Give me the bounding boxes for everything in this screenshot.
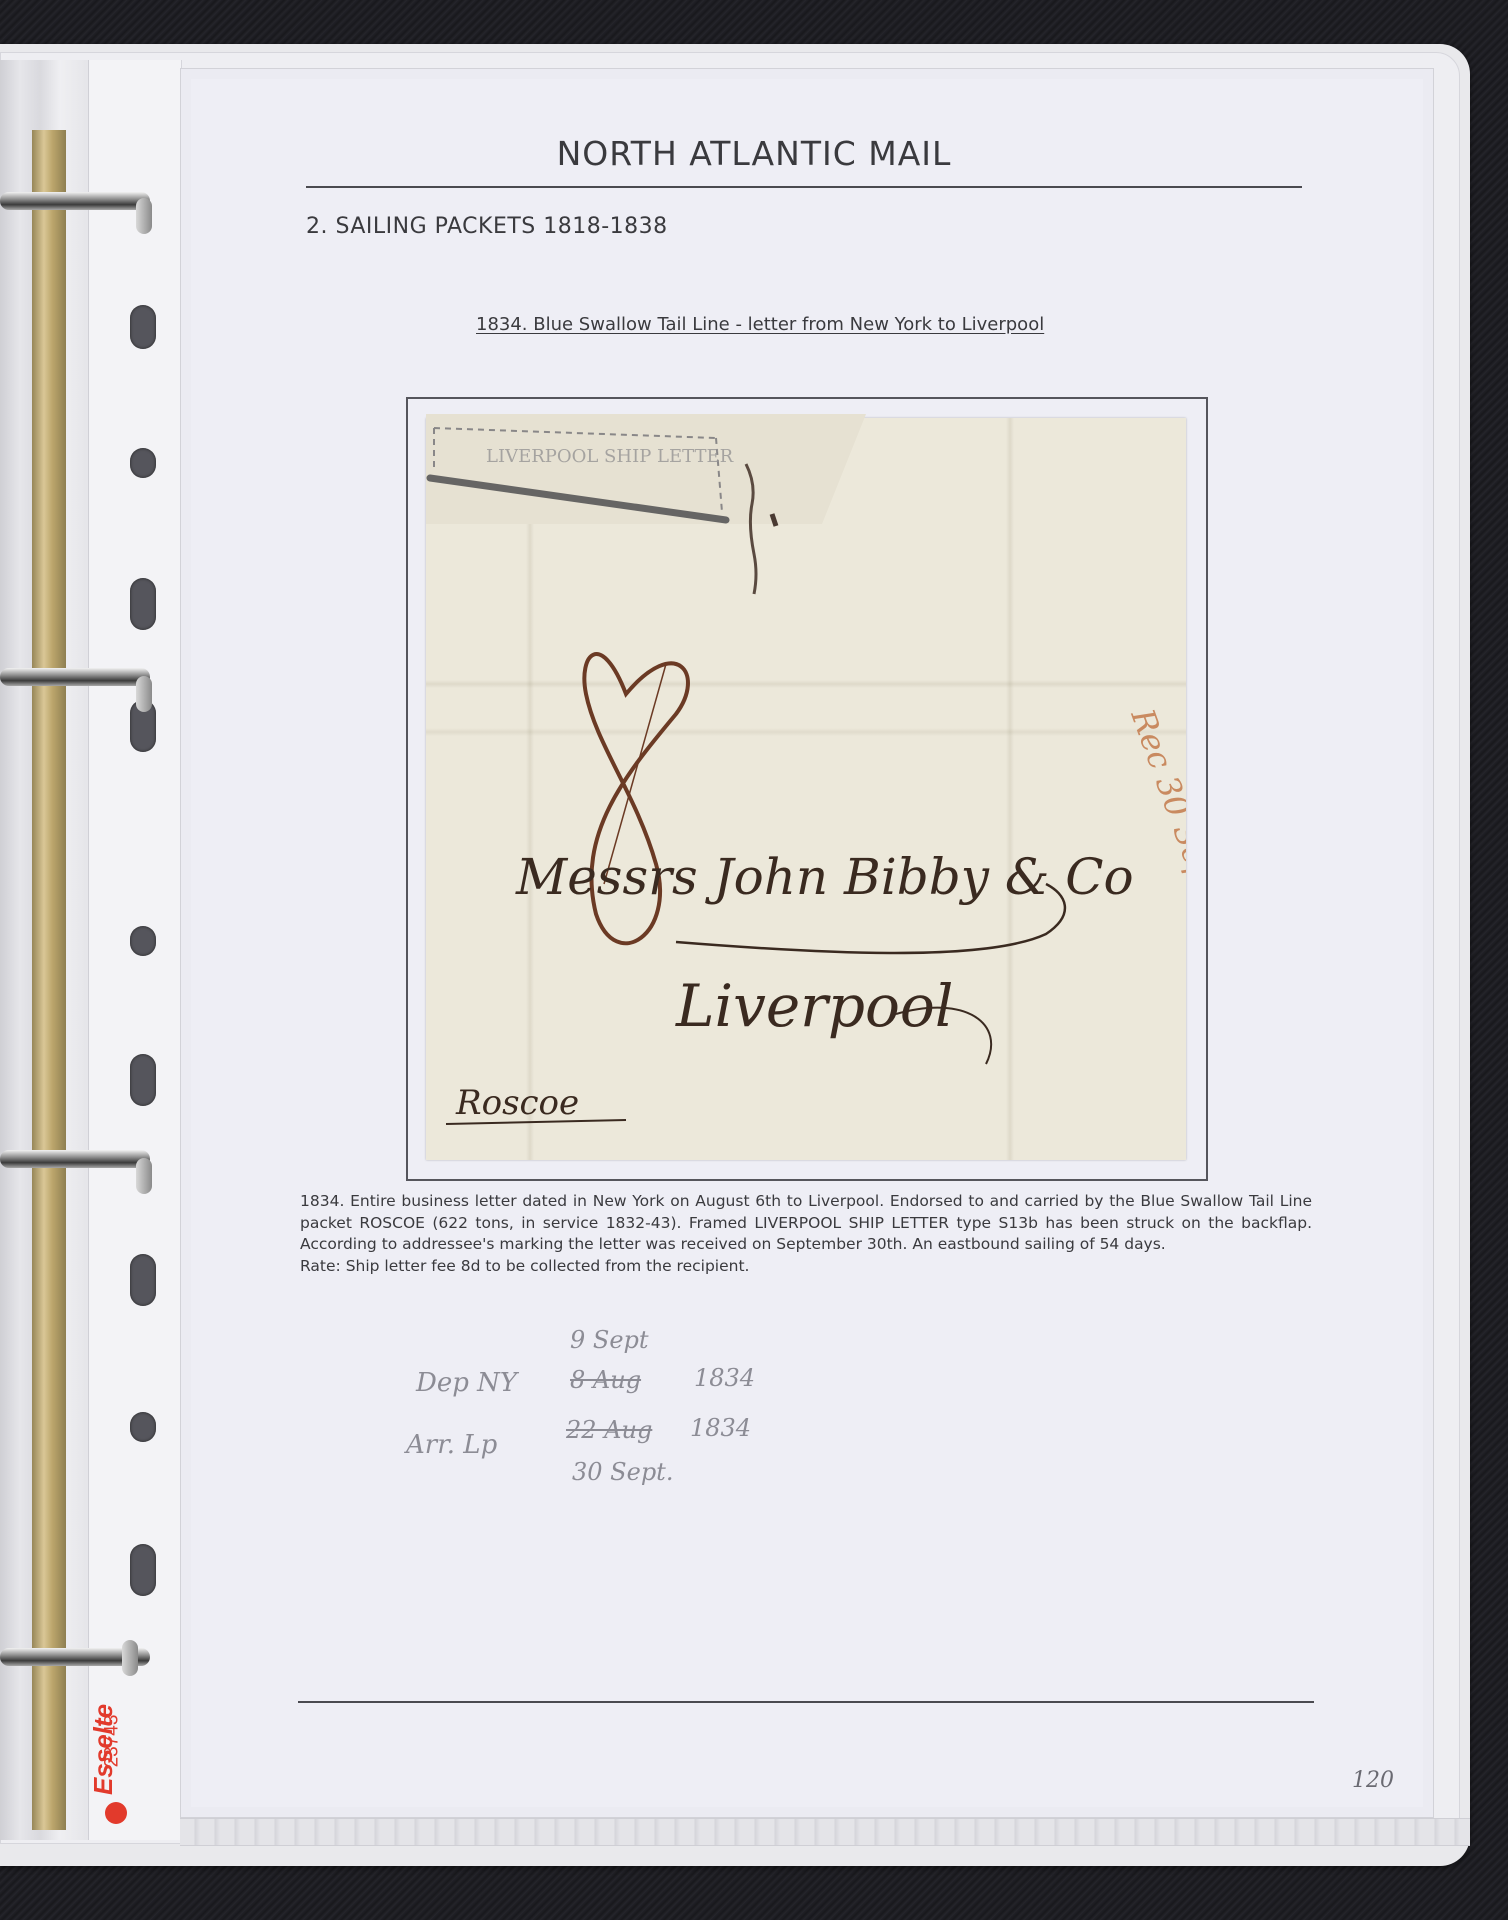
item-description: 1834. Entire business letter dated in Ne… [300,1191,1312,1277]
pencil-dep-year: 1834 [694,1364,755,1392]
binder-ring-end [122,1640,138,1676]
product-code: 23743 [101,1715,123,1768]
pencil-dep-corrected: 9 Sept [570,1326,649,1354]
punch-hole [130,926,156,956]
svg-text:Messrs John Bibby & Co: Messrs John Bibby & Co [515,848,1134,906]
item-caption: 1834. Blue Swallow Tail Line - letter fr… [476,314,1044,335]
punch-hole [130,1544,156,1596]
pencil-arr-year: 1834 [690,1414,751,1442]
pencil-arr-corrected: 30 Sept. [572,1458,673,1486]
svg-text:Rec 30 Sept 1834: Rec 30 Sept 1834 [1123,703,1186,987]
ring-mechanism-rail [32,130,66,1830]
punch-hole [130,1412,156,1442]
binder-ring-end [136,198,152,234]
punch-hole [130,305,156,349]
rate-note: Rate: Ship letter fee 8d to be collected… [300,1256,1312,1278]
binder-ring-end [136,1158,152,1194]
section-heading: 2. SAILING PACKETS 1818-1838 [306,214,668,239]
cover-handwriting: LIVERPOOL SHIP LETTER Messrs John Bibby … [426,414,1186,1160]
punch-hole [130,1254,156,1306]
svg-text:LIVERPOOL SHIP LETTER: LIVERPOOL SHIP LETTER [486,446,734,467]
binder-ring-end [136,676,152,712]
pencil-dep-struck: 8 Aug [570,1366,641,1394]
punch-hole [130,1054,156,1106]
title-rule [306,186,1302,188]
binder-ring[interactable] [0,1150,150,1168]
footer-rule [298,1701,1314,1703]
album-brand-label: Esselte 23743 [96,1690,136,1820]
pencil-dep-label: Dep NY [416,1368,517,1398]
sleeve-bottom-edge [180,1818,1470,1846]
svg-text:Liverpool: Liverpool [675,972,953,1040]
pencil-arr-struck: 22 Aug [566,1416,652,1444]
svg-text:Roscoe: Roscoe [455,1083,579,1123]
description-paragraph: 1834. Entire business letter dated in Ne… [300,1191,1312,1256]
binder-ring[interactable] [0,192,150,210]
ship-letter-backstamp: LIVERPOOL SHIP LETTER [430,428,734,520]
punch-hole [130,578,156,630]
page-number: 120 [1352,1768,1394,1793]
page-title: NORTH ATLANTIC MAIL [0,134,1508,173]
binder-ring[interactable] [0,668,150,686]
punch-hole [130,448,156,478]
pencil-arr-label: Arr. Lp [406,1430,497,1460]
brand-logo-icon [105,1802,127,1824]
